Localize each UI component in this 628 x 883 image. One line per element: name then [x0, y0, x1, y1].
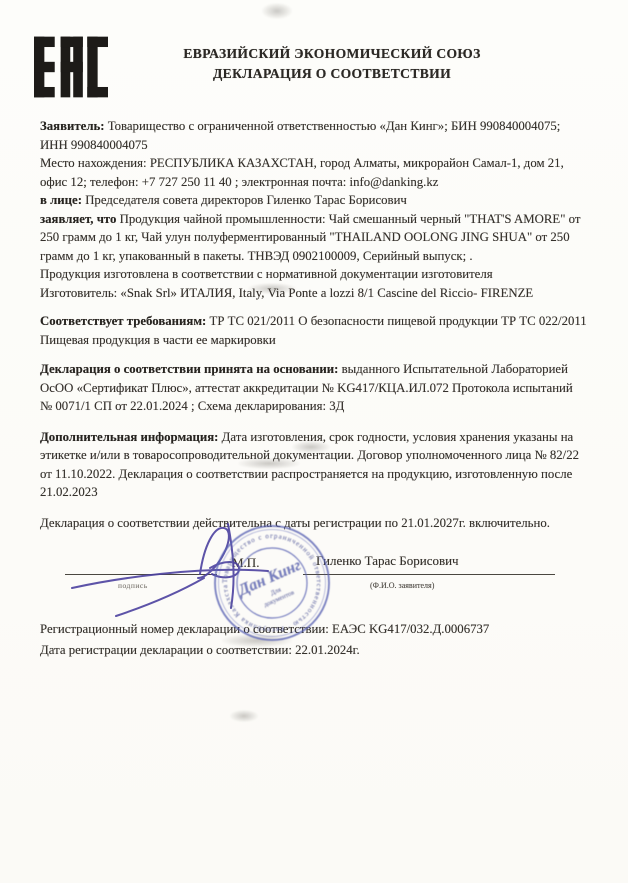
document-header: ЕВРАЗИЙСКИЙ ЭКОНОМИЧЕСКИЙ СОЮЗ ДЕКЛАРАЦИ…	[0, 0, 628, 103]
stamp-purpose-line2: документов	[263, 589, 295, 609]
para-additional-info: Дополнительная информация: Дата изготовл…	[40, 428, 588, 502]
document-body: Заявитель: Товарищество с ограниченной о…	[0, 117, 628, 661]
declares-text: Продукция чайной промышленности: Чай сме…	[40, 212, 580, 263]
manufacturer-text: Изготовитель: «Snak Srl» ИТАЛИЯ, Italy, …	[40, 286, 533, 300]
name-caption: (Ф.И.О. заявителя)	[370, 577, 434, 596]
registration-date-value: 22.01.2024г.	[295, 643, 360, 657]
signature-caption: подпись	[118, 577, 148, 596]
para-representative: в лице: Председателя совета директоров Г…	[40, 191, 588, 210]
scan-smudge	[230, 710, 258, 722]
stamp-purpose-line1: Для	[270, 586, 283, 597]
location-label: Место нахождения:	[40, 156, 147, 170]
applicant-label: Заявитель:	[40, 119, 105, 133]
para-declares: заявляет, что Продукция чайной промышлен…	[40, 210, 588, 266]
signature-block: Товарищество с ограниченной ответственно…	[40, 546, 588, 619]
para-basis: Декларация о соответствии принята на осн…	[40, 360, 588, 416]
validity-text: Декларация о соответствии действительна …	[40, 516, 550, 530]
para-validity: Декларация о соответствии действительна …	[40, 514, 588, 533]
para-complies: Соответствует требованиям: ТР ТС 021/201…	[40, 312, 588, 349]
registration-date-line: Дата регистрации декларации о соответств…	[40, 640, 588, 661]
registration-number-label: Регистрационный номер декларации о соотв…	[40, 622, 329, 636]
applicant-text: Товарищество с ограниченной ответственно…	[40, 119, 560, 152]
registration-date-label: Дата регистрации декларации о соответств…	[40, 643, 292, 657]
applicant-full-name: Гиленко Тарас Борисович	[316, 552, 459, 571]
declares-label: заявляет, что	[40, 212, 116, 226]
registration-number-value: ЕАЭС KG417/032.Д.0006737	[332, 622, 489, 636]
registration-number-line: Регистрационный номер декларации о соотв…	[40, 619, 588, 640]
manufactured-text: Продукция изготовлена в соответствии с н…	[40, 267, 493, 281]
representative-label: в лице:	[40, 193, 82, 207]
union-title: ЕВРАЗИЙСКИЙ ЭКОНОМИЧЕСКИЙ СОЮЗ	[108, 44, 556, 64]
signature-line	[65, 574, 217, 575]
declaration-document-page: ЕВРАЗИЙСКИЙ ЭКОНОМИЧЕСКИЙ СОЮЗ ДЕКЛАРАЦИ…	[0, 0, 628, 883]
representative-text: Председателя совета директоров Гиленко Т…	[85, 193, 407, 207]
complies-label: Соответствует требованиям:	[40, 314, 206, 328]
title-block: ЕВРАЗИЙСКИЙ ЭКОНОМИЧЕСКИЙ СОЮЗ ДЕКЛАРАЦИ…	[108, 36, 556, 84]
basis-label: Декларация о соответствии принята на осн…	[40, 362, 338, 376]
name-line	[303, 574, 555, 575]
eac-conformity-mark-icon	[34, 36, 108, 103]
para-manufactured: Продукция изготовлена в соответствии с н…	[40, 265, 588, 284]
para-location: Место нахождения: РЕСПУБЛИКА КАЗАХСТАН, …	[40, 154, 588, 191]
document-title: ДЕКЛАРАЦИЯ О СООТВЕТСТВИИ	[108, 64, 556, 84]
complies-text-line1: ТР ТС 021/2011 О безопасности пищевой пр…	[210, 314, 587, 328]
para-manufacturer: Изготовитель: «Snak Srl» ИТАЛИЯ, Italy, …	[40, 284, 588, 303]
seal-place-abbr: М.П.	[232, 554, 259, 573]
additional-info-label: Дополнительная информация:	[40, 430, 218, 444]
complies-text-line2: Пищевая продукция в части ее маркировки	[40, 333, 276, 347]
para-applicant: Заявитель: Товарищество с ограниченной о…	[40, 117, 588, 154]
